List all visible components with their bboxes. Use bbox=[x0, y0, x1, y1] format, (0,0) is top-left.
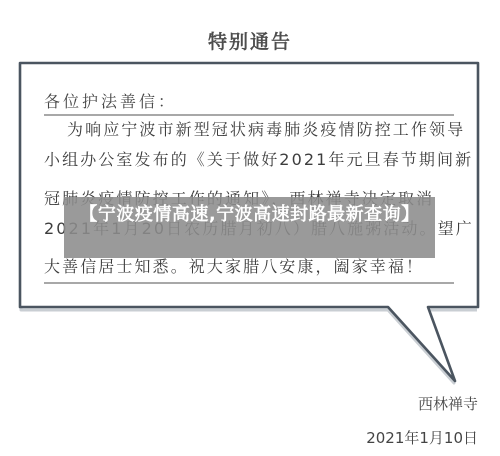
notice-greeting: 各位护法善信： bbox=[44, 89, 177, 112]
notice-date: 2021年1月10日 bbox=[366, 427, 478, 448]
divider-bottom bbox=[44, 282, 454, 284]
notice-body-line: 大善信居士知悉。祝大家腊八安康，阖家幸福！ bbox=[44, 257, 456, 277]
headline-overlay-text: 【宁波疫情高速,宁波高速封路最新查询】 bbox=[79, 204, 419, 225]
notice-body-line: 小组办公室发布的《关于做好2021年元旦春节期间新 bbox=[44, 150, 456, 170]
divider-top bbox=[44, 114, 454, 116]
notice-signature: 西林禅寺 bbox=[418, 393, 478, 414]
headline-overlay-banner[interactable]: 【宁波疫情高速,宁波高速封路最新查询】 bbox=[64, 197, 435, 258]
notice-body-line: 为响应宁波市新型冠状病毒肺炎疫情防控工作领导 bbox=[67, 120, 457, 140]
